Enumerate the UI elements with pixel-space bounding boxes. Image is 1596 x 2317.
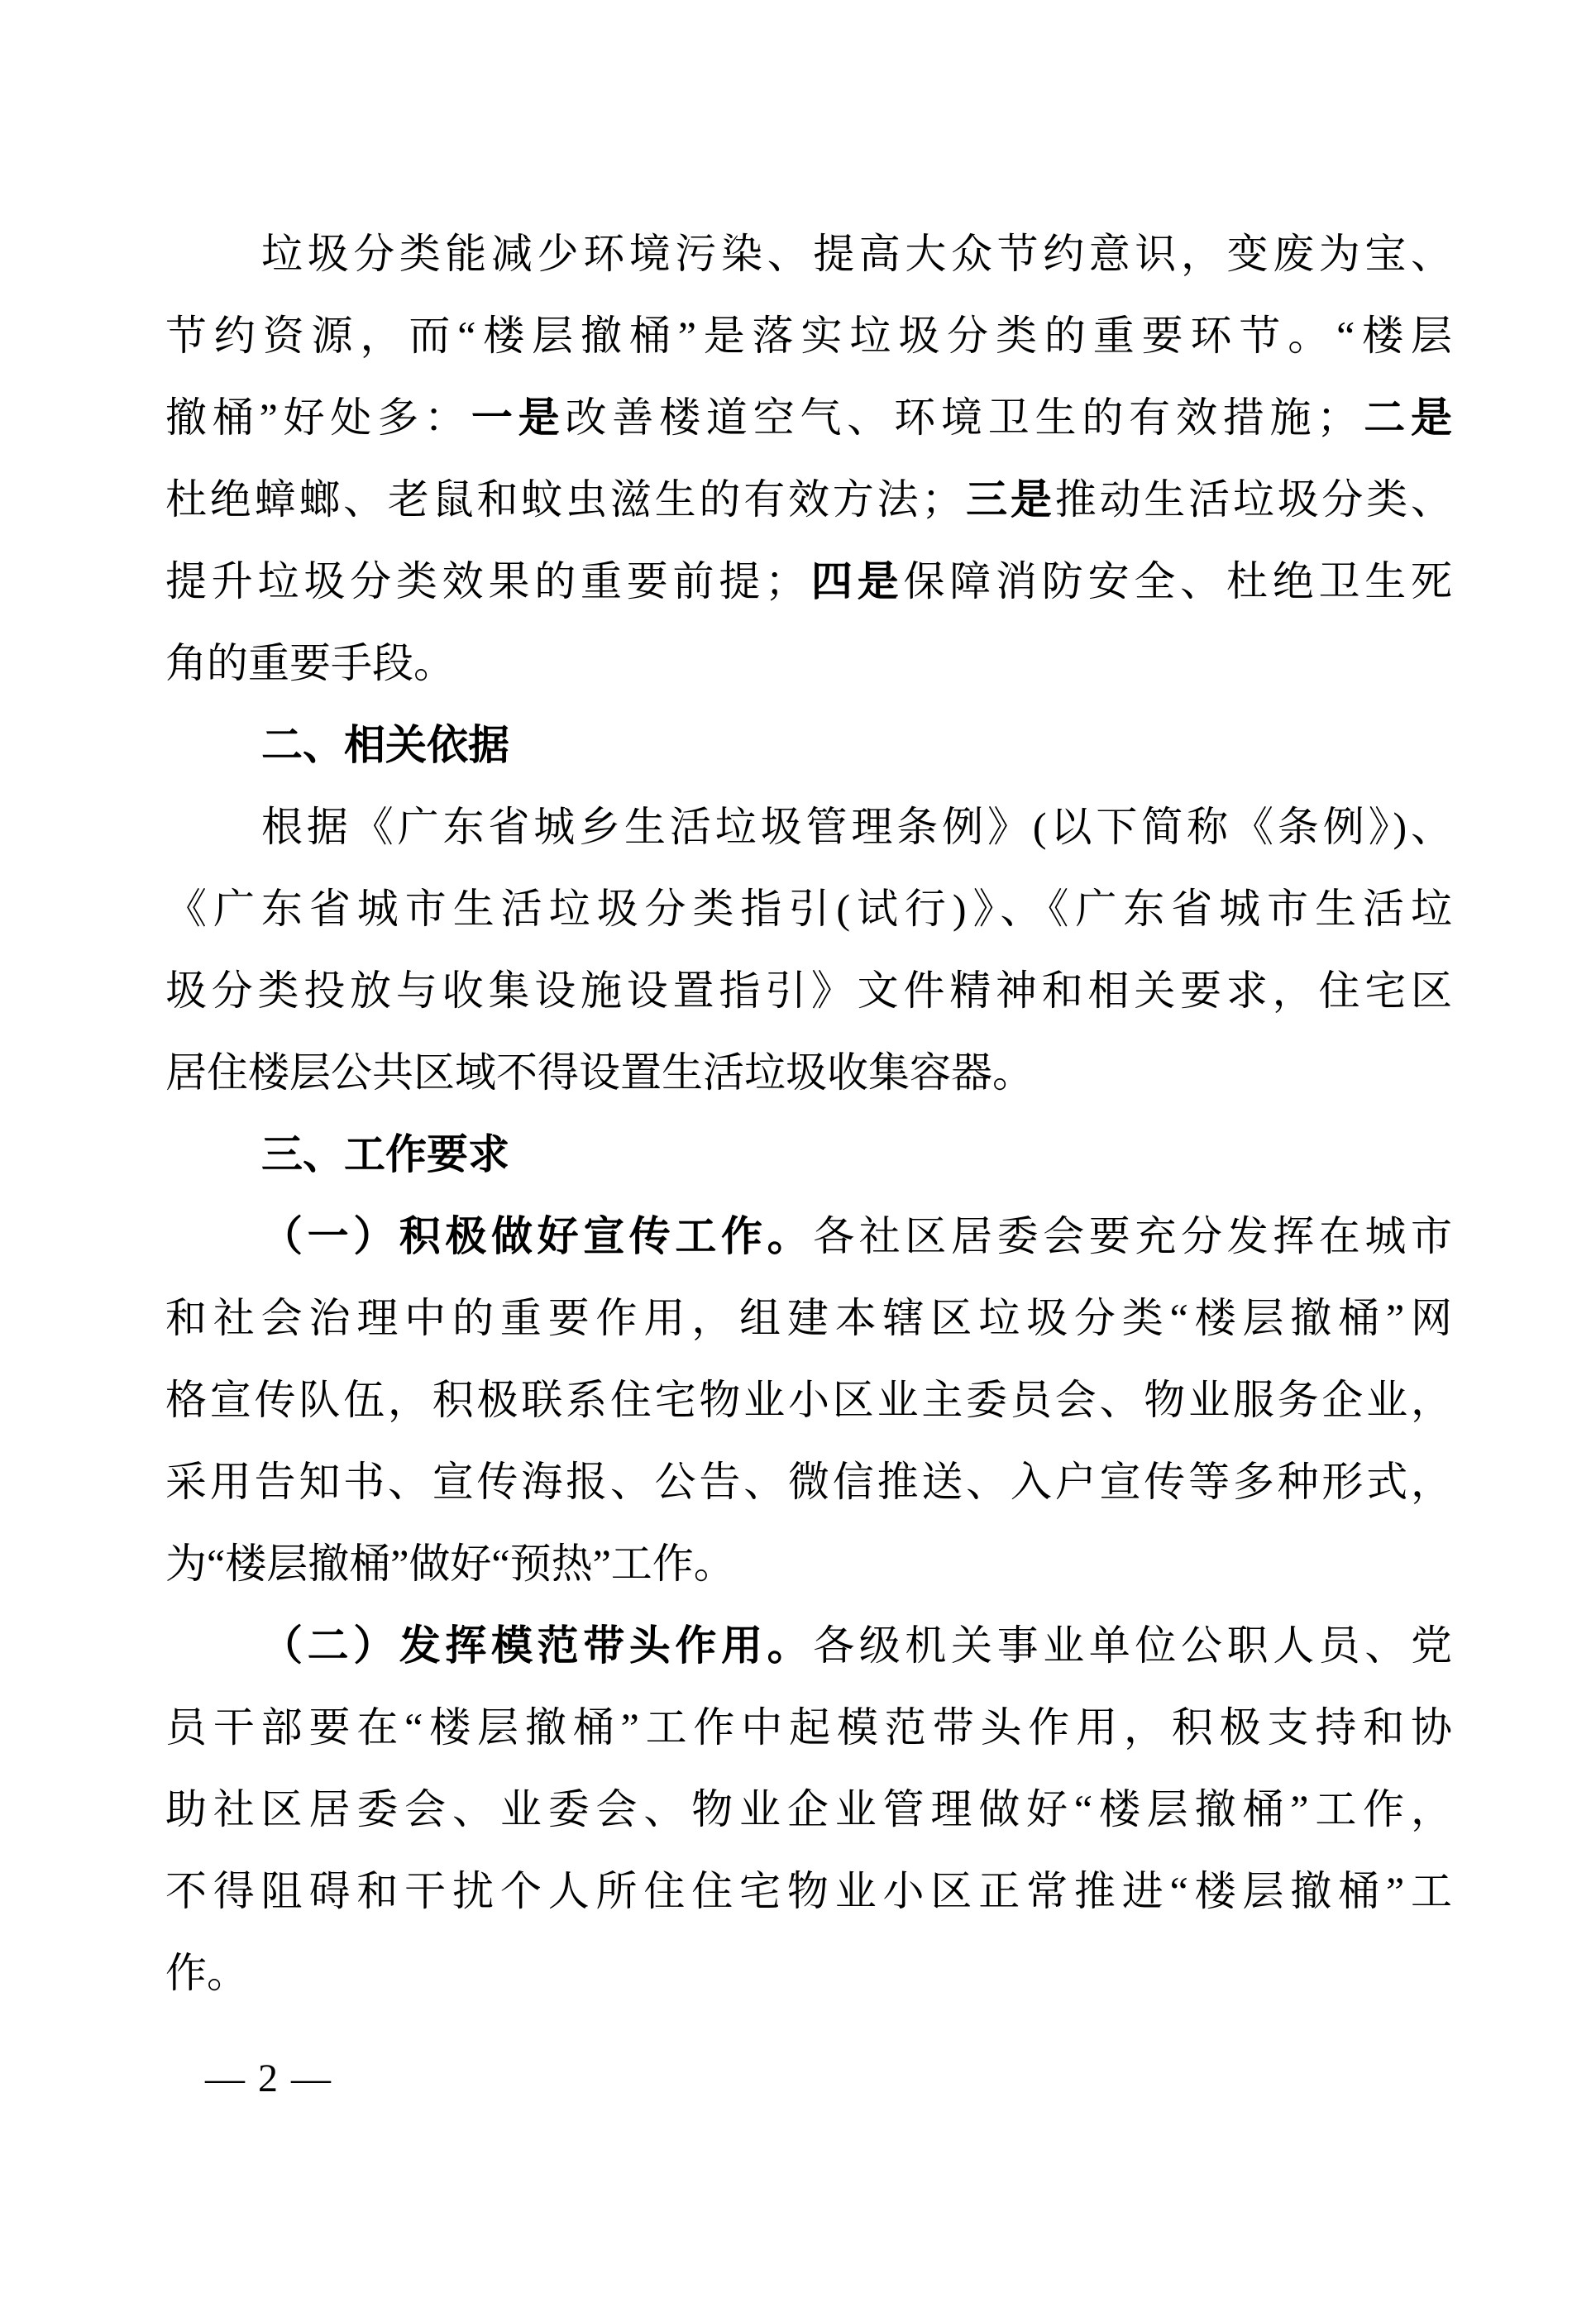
document-body: 垃圾分类能减少环境污染、提高大众节约意识，变废为宝、节约资源，而“楼层撤桶”是落… xyxy=(165,213,1452,2014)
text-line: 和社会治理中的重要作用，组建本辖区垃圾分类“楼层撤桶”网 xyxy=(165,1278,1452,1359)
bold-text-run: 一是 xyxy=(471,394,566,441)
text-line: 采用告知书、宣传海报、公告、微信推送、入户宣传等多种形式， xyxy=(165,1441,1452,1523)
text-run: 助社区居委会、业委会、物业企业管理做好“楼层撤桶”工作， xyxy=(165,1786,1452,1832)
text-run: 和社会治理中的重要作用，组建本辖区垃圾分类“楼层撤桶”网 xyxy=(165,1295,1452,1341)
text-line: （一）积极做好宣传工作。各社区居委会要充分发挥在城市 xyxy=(165,1196,1452,1278)
bold-text-run: （一）积极做好宣传工作。 xyxy=(261,1213,813,1259)
text-run: 作。 xyxy=(165,1950,248,1996)
text-line: 《广东省城市生活垃圾分类指引(试行)》、《广东省城市生活垃 xyxy=(165,868,1452,950)
text-line: 格宣传队伍，积极联系住宅物业小区业主委员会、物业服务企业， xyxy=(165,1359,1452,1441)
text-line: 根据《广东省城乡生活垃圾管理条例》(以下简称《条例》)、 xyxy=(165,786,1452,868)
text-line: 作。 xyxy=(165,1932,1452,2014)
text-run: 不得阻碍和干扰个人所住住宅物业小区正常推进“楼层撤桶”工 xyxy=(165,1868,1452,1914)
document-page: 垃圾分类能减少环境污染、提高大众节约意识，变废为宝、节约资源，而“楼层撤桶”是落… xyxy=(0,0,1596,2317)
text-run: 撤桶”好处多： xyxy=(165,394,471,441)
page-number: — 2 — xyxy=(205,2052,332,2105)
text-line: 三、工作要求 xyxy=(165,1114,1452,1196)
text-line: 节约资源，而“楼层撤桶”是落实垃圾分类的重要环节。“楼层 xyxy=(165,295,1452,377)
text-run: 居住楼层公共区域不得设置生活垃圾收集容器。 xyxy=(165,1049,1034,1096)
text-run: 圾分类投放与收集设施设置指引》文件精神和相关要求，住宅区 xyxy=(165,967,1452,1014)
text-run: 垃圾分类能减少环境污染、提高大众节约意识，变废为宝、 xyxy=(261,231,1452,277)
text-line: 为“楼层撤桶”做好“预热”工作。 xyxy=(165,1523,1452,1605)
text-run: 各社区居委会要充分发挥在城市 xyxy=(813,1213,1452,1259)
text-line: 二、相关依据 xyxy=(165,705,1452,786)
text-run: 保障消防安全、杜绝卫生死 xyxy=(903,558,1452,604)
text-run: 根据《广东省城乡生活垃圾管理条例》(以下简称《条例》)、 xyxy=(261,804,1452,850)
text-run: 《广东省城市生活垃圾分类指引(试行)》、《广东省城市生活垃 xyxy=(165,886,1452,932)
text-run: 改善楼道空气、环境卫生的有效措施； xyxy=(565,394,1358,441)
text-line: （二）发挥模范带头作用。各级机关事业单位公职人员、党 xyxy=(165,1605,1452,1687)
bold-text-run: （二）发挥模范带头作用。 xyxy=(261,1622,813,1669)
text-run: 推动生活垃圾分类、 xyxy=(1055,476,1452,523)
text-line: 杜绝蟑螂、老鼠和蚊虫滋生的有效方法；三是推动生活垃圾分类、 xyxy=(165,459,1452,541)
bold-text-run: 三、工作要求 xyxy=(261,1131,509,1178)
text-line: 角的重要手段。 xyxy=(165,623,1452,705)
text-line: 员干部要在“楼层撤桶”工作中起模范带头作用，积极支持和协 xyxy=(165,1687,1452,1769)
text-run: 格宣传队伍，积极联系住宅物业小区业主委员会、物业服务企业， xyxy=(165,1377,1452,1423)
bold-text-run: 二、相关依据 xyxy=(261,722,509,768)
text-run: 角的重要手段。 xyxy=(165,640,455,686)
text-line: 撤桶”好处多：一是改善楼道空气、环境卫生的有效措施；二是 xyxy=(165,377,1452,459)
text-run: 杜绝蟑螂、老鼠和蚊虫滋生的有效方法； xyxy=(165,476,963,523)
text-line: 垃圾分类能减少环境污染、提高大众节约意识，变废为宝、 xyxy=(165,213,1452,295)
text-line: 不得阻碍和干扰个人所住住宅物业小区正常推进“楼层撤桶”工 xyxy=(165,1851,1452,1932)
text-run: 节约资源，而“楼层撤桶”是落实垃圾分类的重要环节。“楼层 xyxy=(165,313,1452,359)
text-run: 采用告知书、宣传海报、公告、微信推送、入户宣传等多种形式， xyxy=(165,1459,1452,1505)
text-line: 助社区居委会、业委会、物业企业管理做好“楼层撤桶”工作， xyxy=(165,1769,1452,1851)
bold-text-run: 四是 xyxy=(806,558,903,604)
text-line: 居住楼层公共区域不得设置生活垃圾收集容器。 xyxy=(165,1032,1452,1114)
text-run: 为“楼层撤桶”做好“预热”工作。 xyxy=(165,1541,735,1587)
text-run: 提升垃圾分类效果的重要前提； xyxy=(165,558,806,604)
text-line: 提升垃圾分类效果的重要前提；四是保障消防安全、杜绝卫生死 xyxy=(165,541,1452,623)
bold-text-run: 三是 xyxy=(963,476,1054,523)
text-line: 圾分类投放与收集设施设置指引》文件精神和相关要求，住宅区 xyxy=(165,950,1452,1032)
text-run: 各级机关事业单位公职人员、党 xyxy=(813,1622,1452,1669)
text-run: 员干部要在“楼层撤桶”工作中起模范带头作用，积极支持和协 xyxy=(165,1704,1452,1751)
bold-text-run: 二是 xyxy=(1358,394,1452,441)
